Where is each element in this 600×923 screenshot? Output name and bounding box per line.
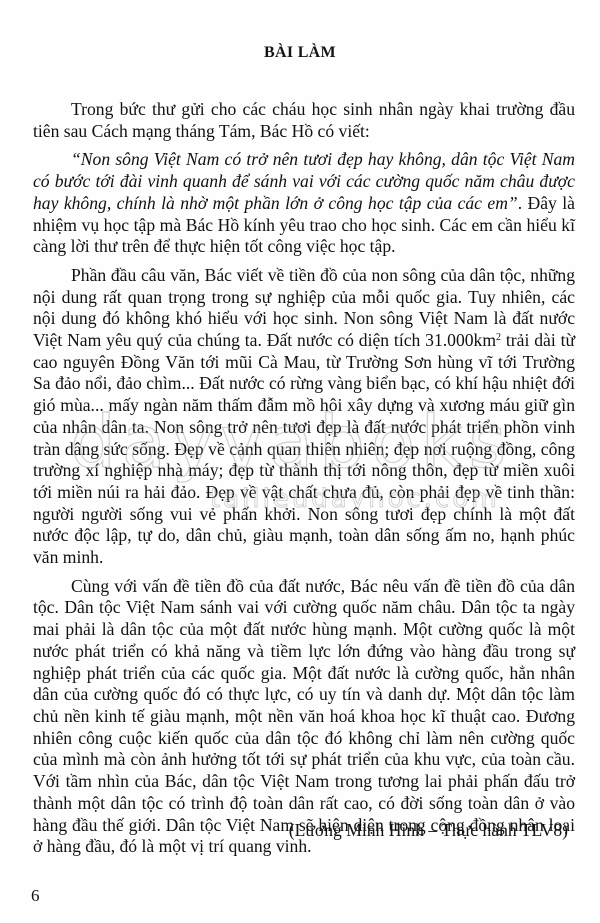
paragraph-people: Cùng với vấn đề tiền đồ của đất nước, Bá… [33,576,575,858]
paragraph-intro: Trong bức thư gửi cho các cháu học sinh … [33,99,575,142]
page-title: BÀI LÀM [0,44,600,62]
page-number: 6 [31,886,40,906]
essay-body: Trong bức thư gửi cho các cháu học sinh … [33,99,575,858]
paragraph-nation-part2: trải dài từ cao nguyên Đồng Văn tới mũi … [33,330,575,567]
paragraph-nation: Phần đầu câu văn, Bác viết về tiền đồ củ… [33,265,575,569]
source-citation: (Lương Minh Hinh – Thực hành TLV8) [289,820,568,841]
document-page: BÀI LÀM Trong bức thư gửi cho các cháu h… [0,0,600,923]
paragraph-quote: “Non sông Việt Nam có trở nên tươi đẹp h… [33,149,575,258]
paragraph-nation-part1: Phần đầu câu văn, Bác viết về tiền đồ củ… [33,265,575,350]
quote-text: “Non sông Việt Nam có trở nên tươi đẹp h… [33,149,575,212]
